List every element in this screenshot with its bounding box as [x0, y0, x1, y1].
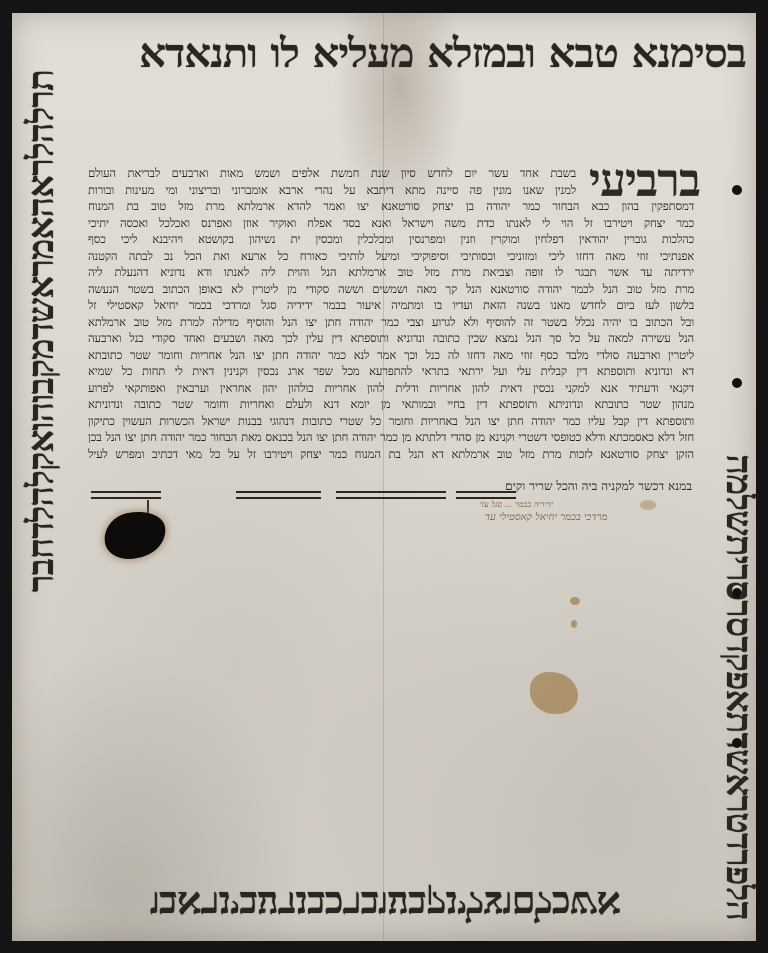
- signature-stain: [640, 500, 656, 510]
- line-filler: [91, 491, 161, 499]
- text-line: ירדיתה עד אשר תבגר לו זופה וצביאת מרת מז…: [88, 264, 694, 281]
- text-line: הזקן יצחק סורטאנא לזכות מרת מזל טוב ארמל…: [88, 446, 694, 463]
- line-filler: [236, 491, 321, 499]
- line-filler: [456, 491, 516, 499]
- closing-text: במנא דכשר למקניה ביה והכל שריר וקים: [505, 479, 692, 494]
- text-line: בשבת אחד עשר יום לחדש סיון שנת חמשת אלפי…: [88, 165, 576, 182]
- text-line: חזל דלא כאסמכתא ודלא כטופסי דשטרי וקנינא…: [88, 429, 694, 446]
- small-stain: [571, 620, 577, 628]
- closing-line: במנא דכשר למקניה ביה והכל שריר וקים: [86, 485, 692, 499]
- text-line: דא ונדוניא ותוספתא דין קבלית עלי ועל ירת…: [88, 363, 694, 380]
- border-dot-icon: [732, 185, 742, 195]
- text-line: כהלכות גוברין יהודאין דפלחין ומוקרין וזנ…: [88, 231, 694, 248]
- border-dot-icon: [732, 378, 742, 388]
- border-dot-icon: [732, 738, 742, 748]
- text-line: מרת מזל טוב הנל לכמר יהודה סורטאנא הנל ק…: [88, 281, 694, 298]
- text-line: ותוספתא דין קבל עליו כמר יהודה חתן יצו ה…: [88, 413, 694, 430]
- border-left-column: תרלהלראהאמראשדמקבוהואקלהלדחבר: [8, 40, 68, 920]
- border-left-text: תרלהלראהאמראשדמקבוהואקלהלדחבר: [20, 70, 62, 900]
- text-line: אפנתיכי זוזי מאה דחזו ליכי ומזוניכי וכסו…: [88, 248, 694, 265]
- small-stain: [570, 597, 580, 605]
- text-line: למנין שאנו מונין פה סיינה מתא דיתבא על נ…: [88, 182, 576, 199]
- text-line: הנל עשירה למאה על כל סך הנל נמצא שכין כת…: [88, 330, 694, 347]
- witness-signature-1: ידידיה בכמר ... סגל עד: [480, 500, 553, 509]
- border-top-text: בסימנא טבא ובמזלא מעליא לו ותנאדא: [135, 28, 749, 80]
- text-line: ובל הכתוב בו יהיה נכלל בשטר זה להוסיף ול…: [88, 314, 694, 331]
- text-line: דקנאי ודעתיד אנא למקני נכסין דאית להון א…: [88, 380, 694, 397]
- text-line: דמסתפקין בהון כבא הבחור כמר יהודה בן יצח…: [88, 198, 694, 215]
- contract-body: בשבת אחד עשר יום לחדש סיון שנת חמשת אלפי…: [88, 165, 694, 462]
- witness-signature-2: מרדכי בכמר יחיאל קאסטילי עד: [485, 512, 607, 523]
- text-line: כמר יצחק ויטירבו זל הוי לי לאנתו כדת משה…: [88, 215, 694, 232]
- text-line: מנהון שטר כתובתא ונדוניתא ותוספתא דין בח…: [88, 396, 694, 413]
- line-filler: [336, 491, 446, 499]
- text-line: ליטרין וארבעה סולדי מלבד כסף זוזי מאה דח…: [88, 347, 694, 364]
- fold-line: [383, 13, 384, 941]
- border-dot-icon: [732, 588, 742, 598]
- border-bottom-text: אשכלםוצלינקבעוברכבנדעבינראבו: [33, 880, 737, 930]
- text-line: בלשון לעז ביום לחדש מאנו בשנה הזאת ועדיו…: [88, 297, 694, 314]
